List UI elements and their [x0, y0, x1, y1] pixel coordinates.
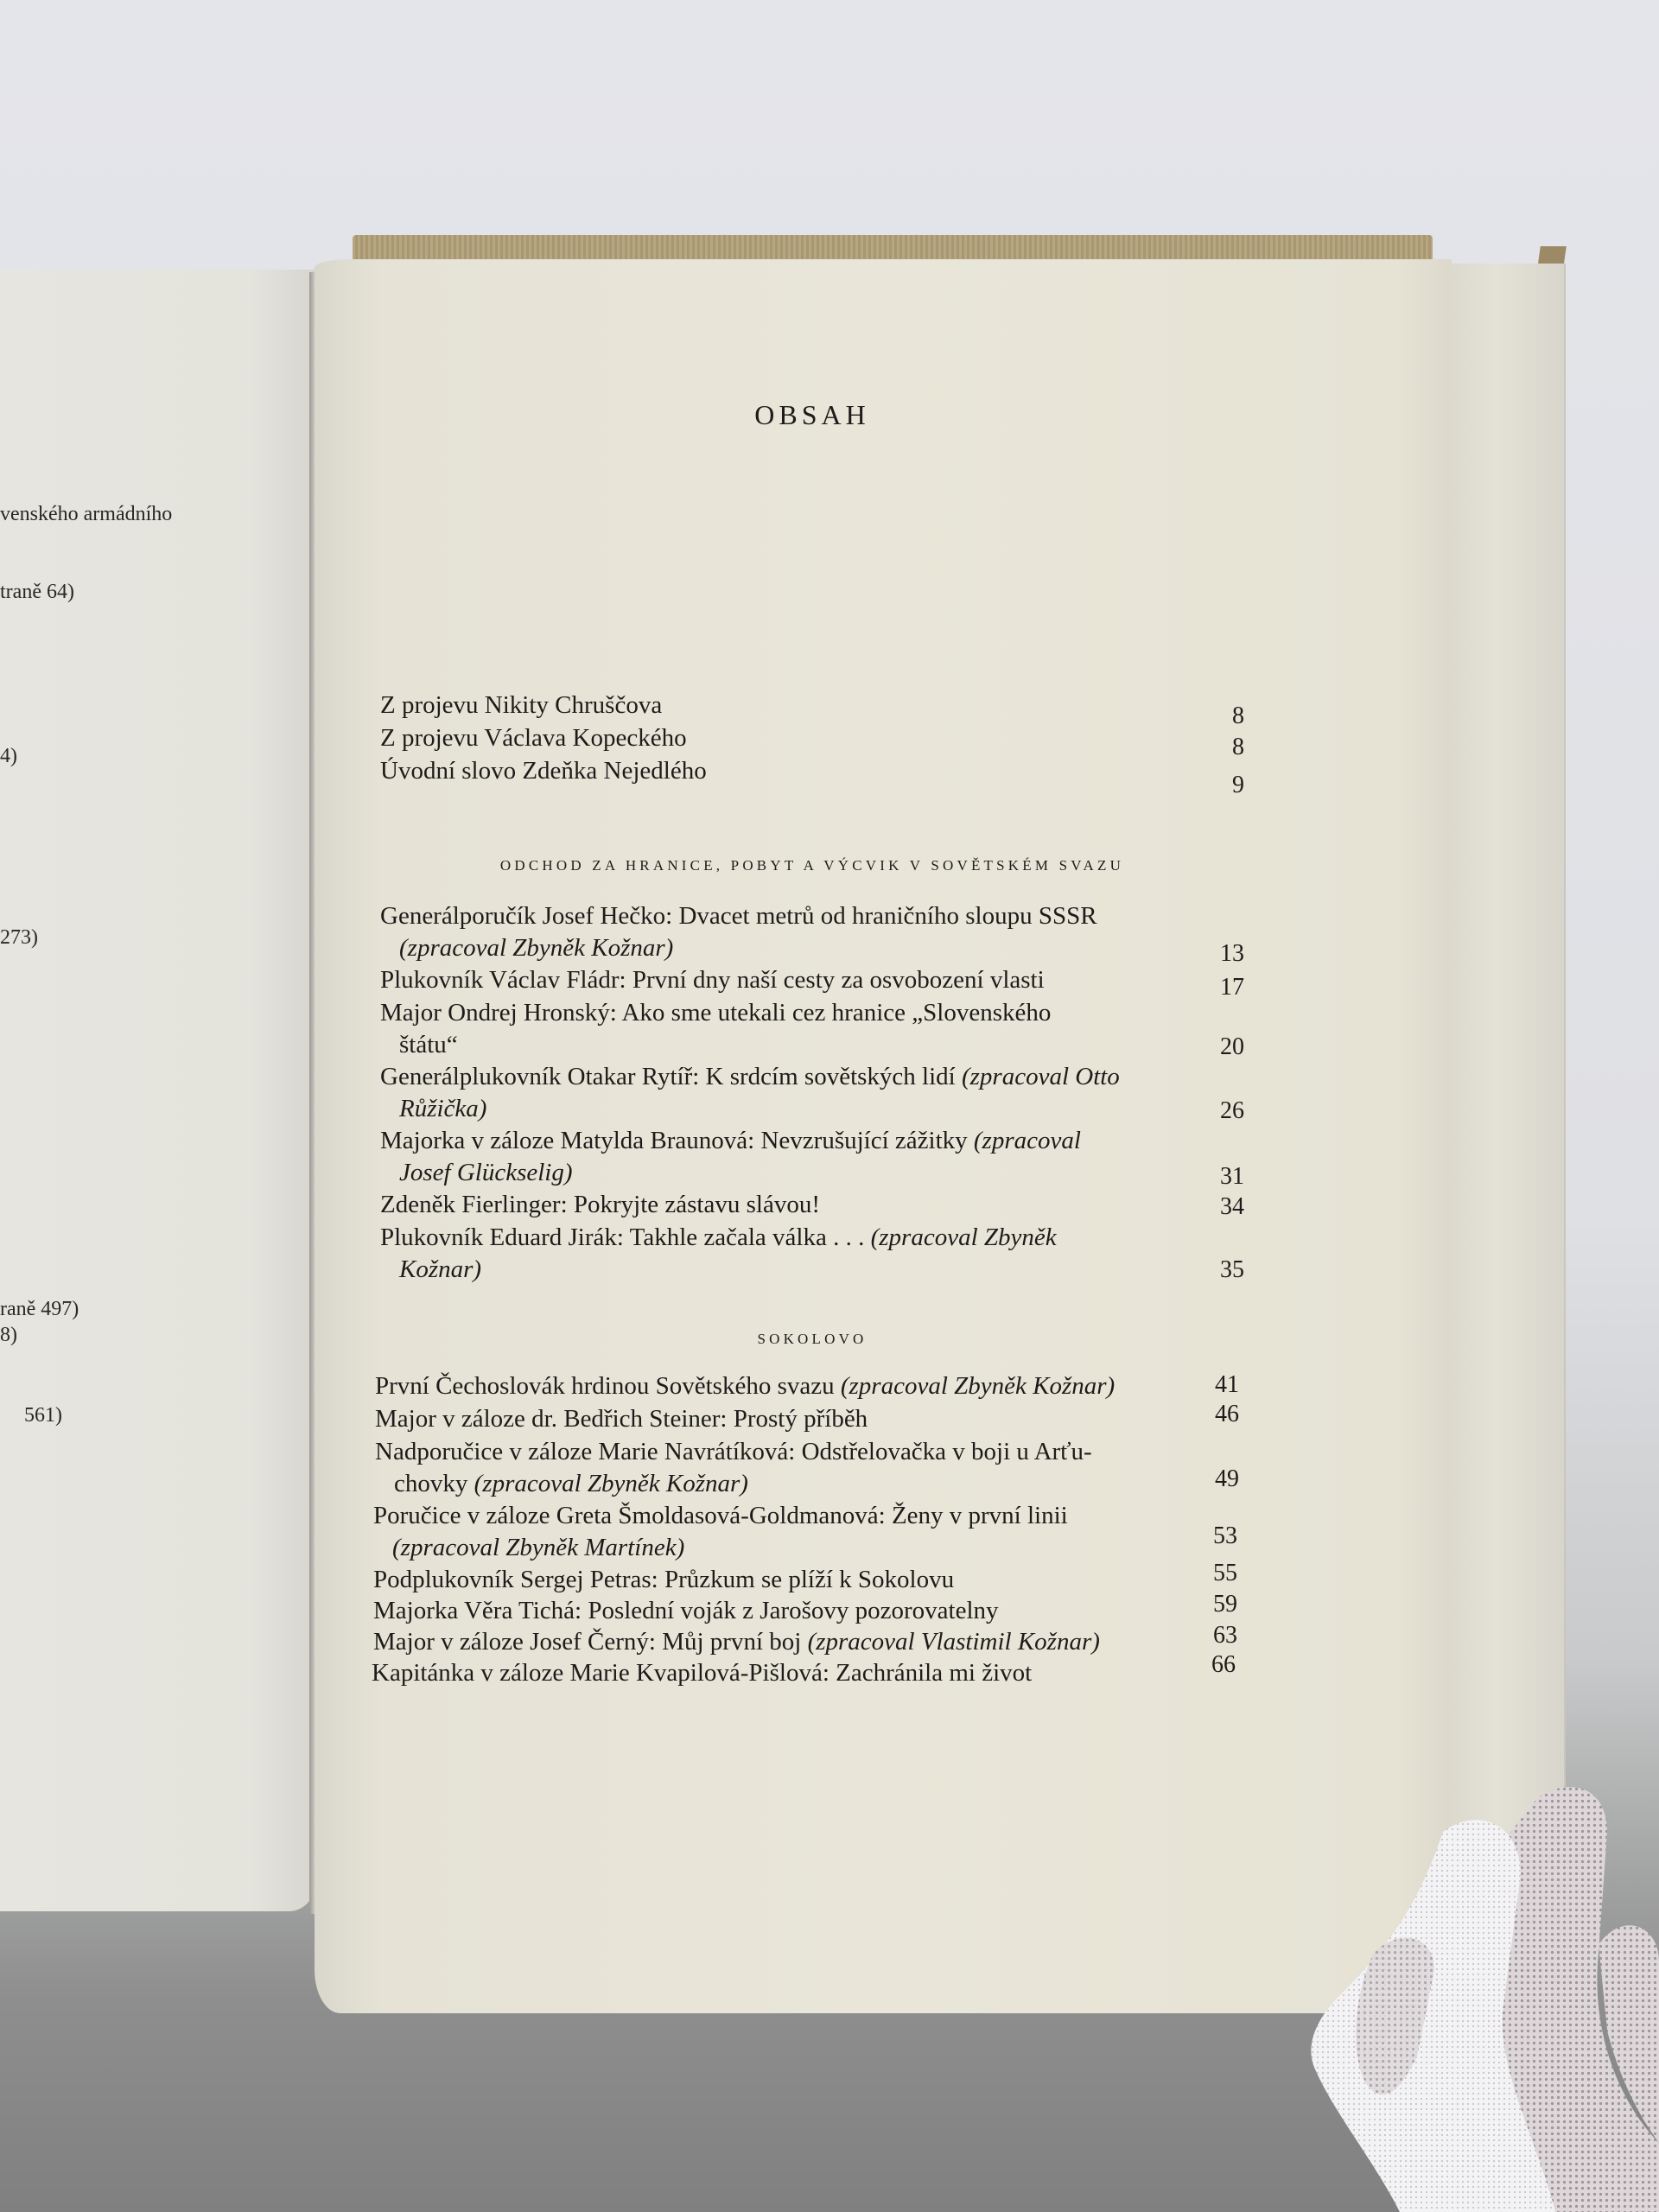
entry-title: Major Ondrej Hronský: Ako sme utekali ce… — [380, 997, 1210, 1029]
page-number: 9 — [1232, 769, 1244, 801]
left-page-fragment: 561) — [24, 1404, 62, 1427]
page-number: 46 — [1215, 1398, 1239, 1430]
entry-title: Majorka Věra Tichá: Poslední voják z Jar… — [373, 1595, 1203, 1627]
entry-title-cont: chovky — [394, 1470, 467, 1497]
section-heading: Odchod za hranice, pobyt a výcvik v Sově… — [380, 857, 1244, 874]
left-page-fragment: 4) — [0, 745, 17, 768]
entry-title: Kapitánka v záloze Marie Kvapilová-Pišlo… — [372, 1657, 1201, 1689]
entry-editor: (zpracoval Zbyněk Kožnar) — [474, 1470, 748, 1497]
toc-entry[interactable]: Plukovník Eduard Jirák: Takhle začala vá… — [380, 1222, 1244, 1286]
toc-entry[interactable]: Major Ondrej Hronský: Ako sme utekali ce… — [380, 997, 1244, 1061]
toc-entry[interactable]: Majorka v záloze Matylda Braunová: Nevzr… — [380, 1125, 1244, 1189]
entry-title: Plukovník Václav Fládr: První dny naší c… — [380, 964, 1210, 996]
page-title: OBSAH — [380, 399, 1244, 431]
page-number: 59 — [1213, 1588, 1237, 1620]
toc-entry[interactable]: Major v záloze Josef Černý: Můj první bo… — [373, 1626, 1237, 1658]
left-page-fragment: 273) — [0, 926, 38, 950]
toc-entry[interactable]: Zdeněk Fierlinger: Pokryjte zástavu sláv… — [380, 1189, 1244, 1221]
toc-entry[interactable]: Úvodní slovo Zdeňka Nejedlého 9 — [380, 755, 1244, 787]
page-number: 53 — [1213, 1520, 1237, 1552]
page-number: 34 — [1220, 1191, 1244, 1223]
page-number: 20 — [1220, 1031, 1244, 1063]
toc-entry[interactable]: První Čechoslovák hrdinou Sovětského sva… — [375, 1370, 1239, 1402]
page-number: 35 — [1220, 1254, 1244, 1286]
entry-title: Úvodní slovo Zdeňka Nejedlého — [380, 755, 1210, 787]
entry-title: Plukovník Eduard Jirák: Takhle začala vá… — [380, 1224, 864, 1251]
toc-entry[interactable]: Poručice v záloze Greta Šmoldasová-Goldm… — [373, 1500, 1237, 1564]
left-page-fragment: traně 64) — [0, 581, 74, 604]
entry-title: Z projevu Nikity Chruščova — [380, 690, 1210, 721]
left-page-fragment: venského armádního — [0, 503, 172, 526]
left-page-fragment: 8) — [0, 1324, 17, 1347]
section-heading: Sokolovo — [380, 1331, 1244, 1348]
entry-title: Generálporučík Josef Hečko: Dvacet metrů… — [380, 900, 1210, 932]
entry-editor: (zpracoval — [974, 1127, 1081, 1154]
entry-editor: (zpracoval Zbyněk — [871, 1224, 1057, 1251]
page-number: 66 — [1211, 1649, 1236, 1681]
entry-editor: (zpracoval Zbyněk Kožnar) — [841, 1372, 1115, 1400]
toc-entry[interactable]: Majorka Věra Tichá: Poslední voják z Jar… — [373, 1595, 1237, 1627]
left-page-fragment: raně 497) — [0, 1298, 79, 1321]
toc-entry[interactable]: Plukovník Václav Fládr: První dny naší c… — [380, 964, 1244, 996]
toc-entry[interactable]: Major v záloze dr. Bedřich Steiner: Pros… — [375, 1403, 1239, 1435]
entry-editor: (zpracoval Zbyněk Martínek) — [373, 1532, 1222, 1564]
entry-title-cont: štátu“ — [380, 1029, 1229, 1061]
entry-title: Poručice v záloze Greta Šmoldasová-Goldm… — [373, 1500, 1203, 1532]
entry-editor: Růžička) — [380, 1093, 1229, 1125]
entry-title: Z projevu Václava Kopeckého — [380, 722, 1210, 754]
entry-editor: (zpracoval Zbyněk Kožnar) — [380, 932, 1229, 964]
page-number: 49 — [1215, 1463, 1239, 1495]
toc-entry[interactable]: Kapitánka v záloze Marie Kvapilová-Pišlo… — [372, 1657, 1236, 1689]
entry-title: Zdeněk Fierlinger: Pokryjte zástavu sláv… — [380, 1189, 1210, 1221]
entry-title: Majorka v záloze Matylda Braunová: Nevzr… — [380, 1127, 968, 1154]
toc-entry[interactable]: Nadporučice v záloze Marie Navrátíková: … — [375, 1436, 1239, 1500]
toc-entry[interactable]: Podplukovník Sergej Petras: Průzkum se p… — [373, 1564, 1237, 1596]
page-number: 31 — [1220, 1160, 1244, 1192]
entry-editor: (zpracoval Vlastimil Kožnar) — [808, 1628, 1100, 1656]
book-photo: venského armádního traně 64) 4) 273) ran… — [0, 0, 1659, 2212]
page-number: 26 — [1220, 1095, 1244, 1127]
entry-title: Podplukovník Sergej Petras: Průzkum se p… — [373, 1564, 1203, 1596]
left-page: venského armádního traně 64) 4) 273) ran… — [0, 270, 315, 1911]
entry-editor: Kožnar) — [380, 1254, 1229, 1286]
page-fore-edge — [1452, 264, 1566, 1957]
toc-entry[interactable]: Generálplukovník Otakar Rytíř: K srdcím … — [380, 1061, 1244, 1125]
toc-entry[interactable]: Generálporučík Josef Hečko: Dvacet metrů… — [380, 900, 1244, 964]
page-number: 63 — [1213, 1619, 1237, 1651]
entry-editor: Josef Glückselig) — [380, 1157, 1229, 1189]
page-number: 41 — [1215, 1369, 1239, 1401]
page-number: 55 — [1213, 1557, 1237, 1589]
entry-title: Nadporučice v záloze Marie Navrátíková: … — [375, 1436, 1205, 1468]
entry-title: První Čechoslovák hrdinou Sovětského sva… — [375, 1372, 835, 1400]
entry-title: Generálplukovník Otakar Rytíř: K srdcím … — [380, 1063, 956, 1090]
entry-editor: (zpracoval Otto — [962, 1063, 1120, 1090]
gloved-hand — [1071, 1780, 1659, 2212]
toc-entry[interactable]: Z projevu Václava Kopeckého 8 — [380, 722, 1244, 754]
entry-title: Major v záloze Josef Černý: Můj první bo… — [373, 1628, 801, 1656]
entry-title: Major v záloze dr. Bedřich Steiner: Pros… — [375, 1403, 1205, 1435]
toc-entry[interactable]: Z projevu Nikity Chruščova 8 — [380, 690, 1244, 721]
